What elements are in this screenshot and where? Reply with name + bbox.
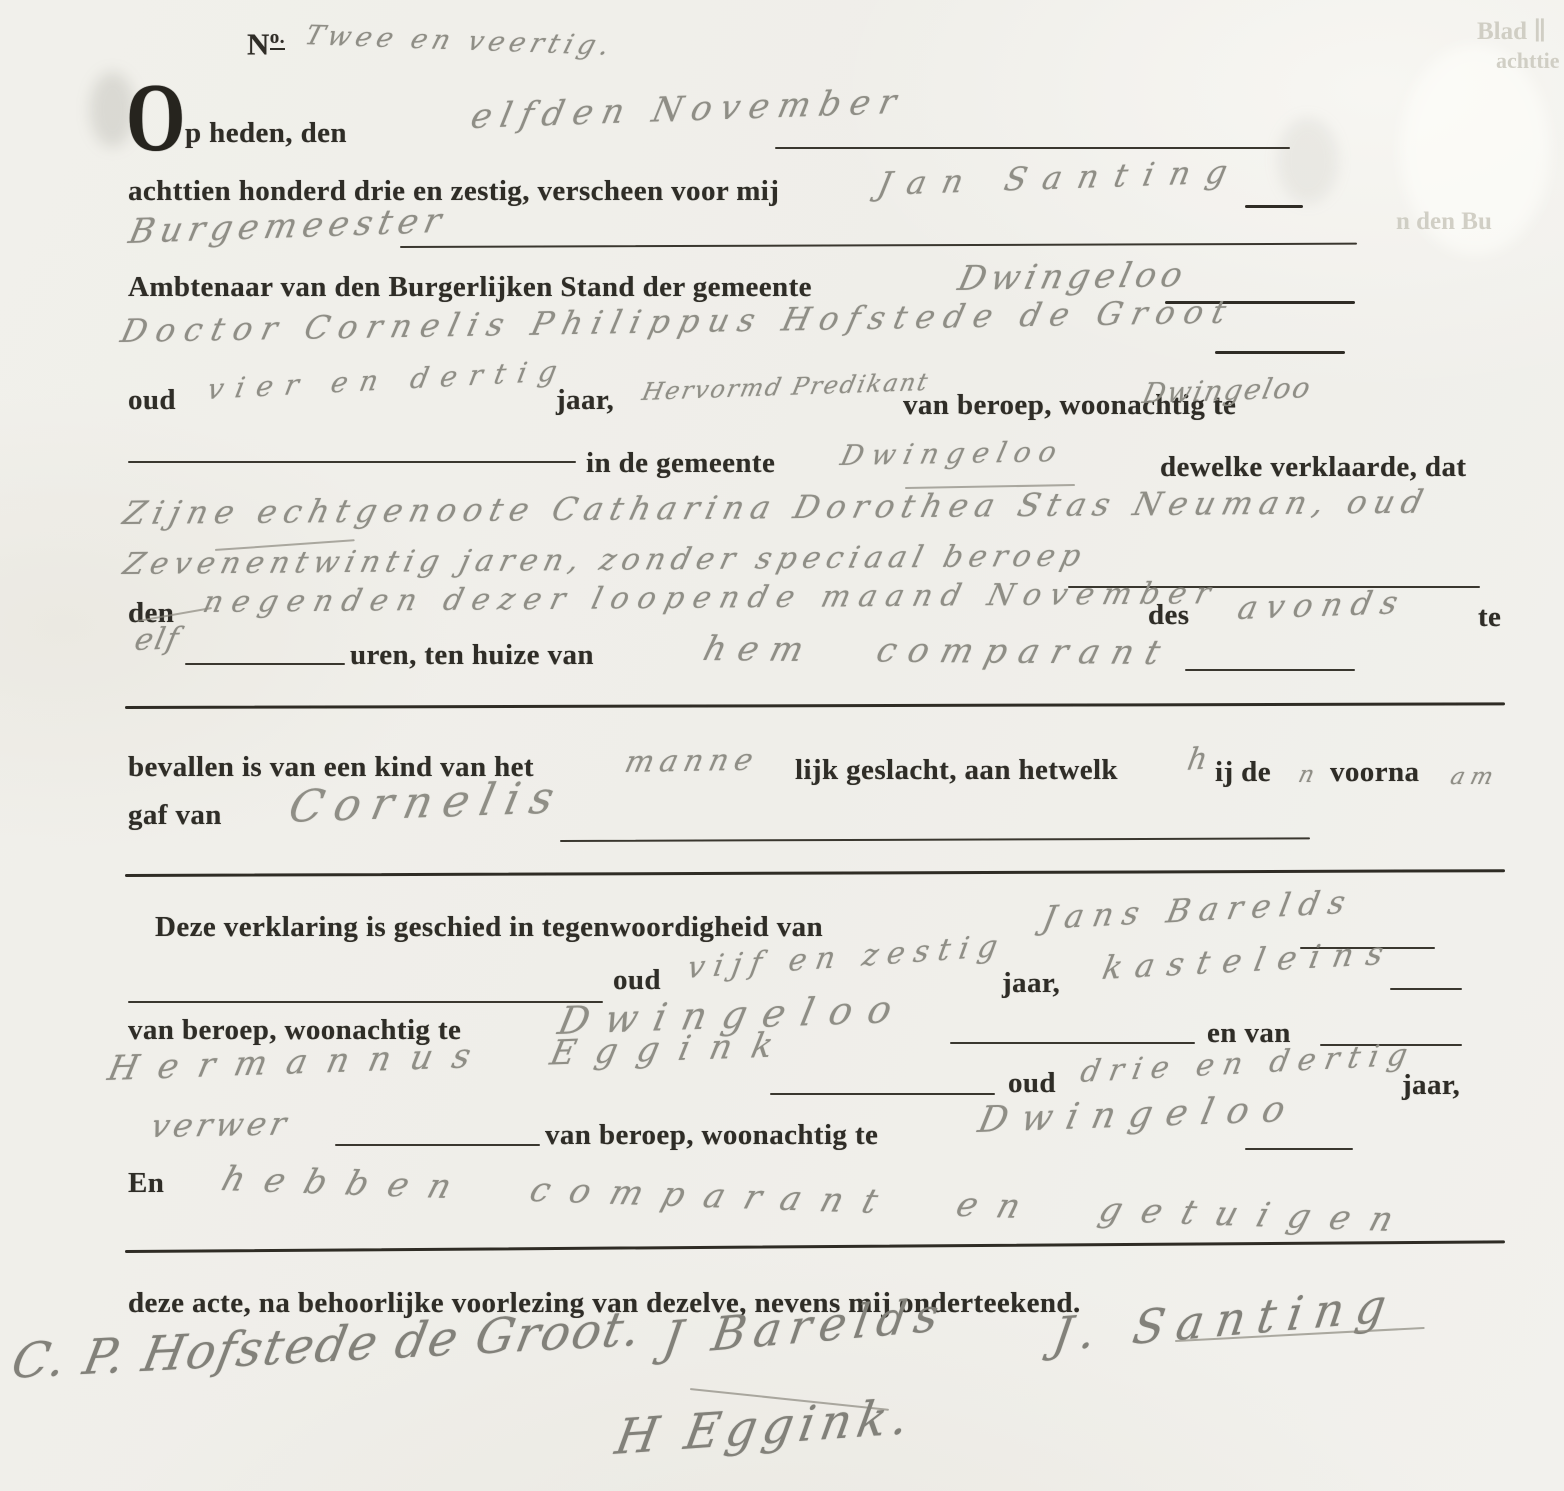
signature-father: C. P. Hofstede de Groot. (8, 1304, 646, 1386)
handwritten-declaration-date: elfden November (468, 85, 908, 134)
record-number-o: o. (270, 27, 285, 50)
bleedthrough-achttien: achttie (1496, 48, 1560, 74)
handwritten-am: am (1448, 766, 1501, 789)
printed-uren-ten-huize: uren, ten huize van (350, 640, 594, 670)
section-rule (125, 869, 1505, 877)
handwritten-father-name: Doctor Cornelis Philippus Hofstede de Gr… (118, 295, 1238, 347)
fill-line (128, 461, 576, 463)
handwritten-father-profession: Hervormd Predikant (640, 370, 932, 404)
printed-geslacht: lijk geslacht, aan hetwelk (795, 755, 1118, 785)
section-rule (125, 702, 1505, 709)
bleedthrough-blad: Blad ∥ (1477, 16, 1547, 46)
fill-line (1245, 1148, 1353, 1150)
printed-oud-witness2: oud (1008, 1068, 1056, 1098)
handwritten-n: n (1296, 764, 1317, 787)
handwritten-municipality: Dwingeloo (955, 258, 1191, 296)
fill-line (1185, 669, 1355, 671)
paper-smudge (1278, 118, 1338, 203)
printed-oud-witness1: oud (613, 965, 661, 995)
printed-oud: oud (128, 385, 176, 415)
handwritten-witness1-profession: kasteleins (1100, 936, 1399, 984)
fill-line (1245, 205, 1303, 208)
handwritten-residence-municipality: Dwingeloo (838, 438, 1067, 470)
handwritten-child-name: Cornelis (285, 776, 569, 830)
handwritten-witness2-age: drie en dertig (1078, 1040, 1419, 1088)
fill-line (128, 1001, 603, 1003)
signature-witness2: H Eggink. (612, 1392, 918, 1462)
fill-line (950, 1042, 1195, 1044)
printed-jaar-witness2: jaar, (1402, 1070, 1460, 1100)
handwritten-father-age: vier en dertig (205, 357, 571, 404)
fill-line (1390, 988, 1462, 990)
handwritten-witness2-residence: Dwingeloo (975, 1092, 1302, 1139)
printed-op-heden: p heden, den (185, 118, 347, 148)
fill-line (185, 663, 345, 665)
fill-line (775, 147, 1290, 149)
handwritten-child-sex: manne (622, 746, 762, 778)
signature-registrar: J. Santing (1050, 1281, 1401, 1358)
printed-deze-verklaring: Deze verklaring is geschied in tegenwoor… (155, 912, 823, 942)
printed-te: te (1478, 602, 1501, 632)
printed-en: En (128, 1168, 164, 1198)
handwritten-father-residence: Dwingeloo (1140, 374, 1314, 408)
birth-record-scan: Blad ∥ achttie n den Bu No. Twee en veer… (0, 0, 1564, 1491)
handwritten-closing-clause: hebben comparant en getuigen (218, 1162, 1417, 1237)
printed-gaf-van: gaf van (128, 800, 222, 830)
handwritten-h: h (1185, 744, 1210, 776)
fill-line (770, 1093, 995, 1095)
handwritten-birth-house: hem comparant (700, 632, 1176, 670)
fill-line (335, 1144, 540, 1146)
handwritten-birth-date: negenden dezer loopende maand November (200, 579, 1222, 618)
handwritten-birth-hour: elf (132, 624, 183, 656)
handwritten-registrar-title: Burgemeester (126, 204, 450, 249)
printed-year-line: achttien honderd drie en zestig, versche… (128, 176, 779, 206)
printed-jaar-witness1: jaar, (1002, 968, 1060, 998)
printed-ij-de: ij de (1215, 757, 1271, 787)
fill-line (560, 837, 1310, 842)
fill-line (1215, 351, 1345, 354)
handwritten-mother-line: Zijne echtgenoote Catharina Dorothea Sta… (120, 486, 1433, 529)
record-number-label: No. (247, 28, 285, 61)
printed-voorna: voorna (1330, 757, 1419, 787)
printed-dewelke-verklaarde: dewelke verklaarde, dat (1160, 452, 1466, 482)
handwritten-witness1-name: Jans Barelds (1040, 885, 1357, 934)
handwritten-witness2-profession: verwer (148, 1107, 293, 1142)
printed-des: des (1148, 600, 1190, 630)
handwritten-registrar-name: Jan Santing (875, 155, 1246, 200)
section-rule (125, 1240, 1505, 1253)
printed-in-de-gemeente: in de gemeente (586, 448, 775, 478)
printed-beroep-witness2: van beroep, woonachtig te (545, 1120, 878, 1150)
printed-jaar: jaar, (556, 385, 614, 415)
dropcap-O: O (126, 80, 185, 156)
record-number-n: N (247, 26, 270, 61)
record-number-handwritten: Twee en veertig. (302, 22, 618, 60)
bleedthrough-den-bu: n den Bu (1396, 208, 1492, 236)
printed-ambtenaar-line: Ambtenaar van den Burgerlijken Stand der… (128, 272, 812, 302)
fill-line (400, 243, 1357, 248)
handwritten-birth-daypart: avonds (1235, 586, 1410, 624)
